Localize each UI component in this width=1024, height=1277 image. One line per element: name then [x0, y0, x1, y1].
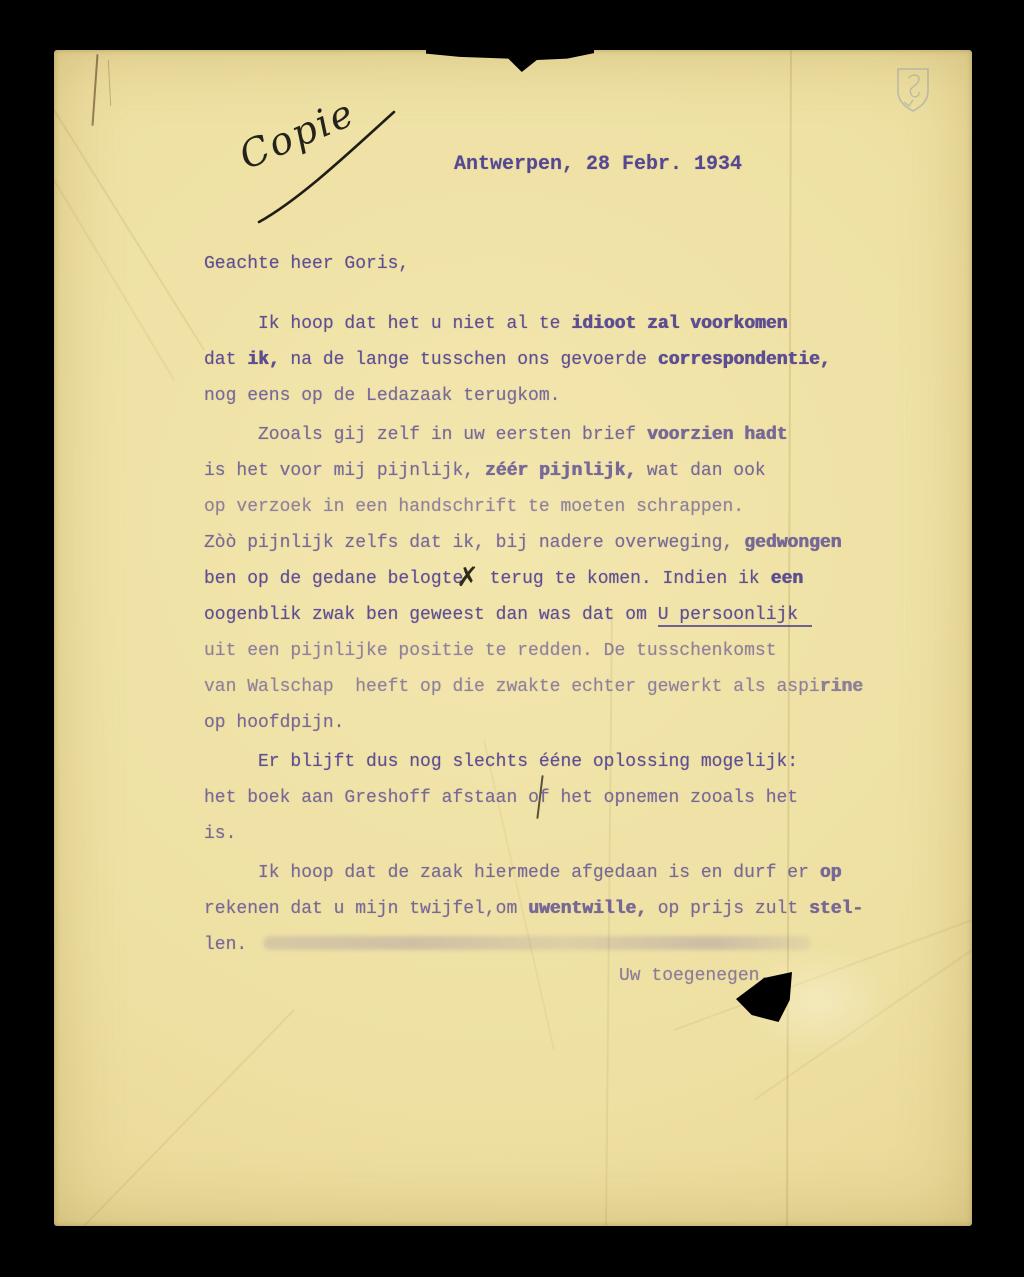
letter-line: Ik hoop dat de zaak hiermede afgedaan is…: [204, 855, 934, 891]
letter-text-segment: op verzoek in een handschrift te moeten …: [204, 497, 744, 517]
letter-line: uit een pijnlijke positie te redden. De …: [204, 633, 934, 669]
letter-text-segment: oogenblik zwak ben geweest dan was dat o…: [204, 605, 658, 625]
letter-paragraph: Zooals gij zelf in uw eersten brief voor…: [204, 417, 934, 741]
letter-text-segment: dat: [204, 350, 247, 370]
letter-text-segment: rine: [820, 677, 863, 697]
letter-line: van Walschap heeft op die zwakte echter …: [204, 669, 934, 705]
letter-line: Zòò pijnlijk zelfs dat ik, bij nadere ov…: [204, 525, 934, 561]
letter-line: Ik hoop dat het u niet al te idioot zal …: [204, 306, 934, 342]
letter-text-segment: idioot zal voorkomen: [571, 314, 787, 334]
letter-text-segment: het opnemen zooals het: [550, 788, 798, 808]
letter-text-segment: is het voor mij pijnlijk,: [204, 461, 485, 481]
letter-text-segment: zéér pijnlijk,: [485, 461, 636, 481]
letter-text-segment: stel-: [809, 899, 863, 919]
letter-line: het boek aan Greshoff afstaan of het opn…: [204, 780, 934, 816]
letter-text-segment: een: [771, 569, 803, 589]
letter-text-segment: Ik hoop dat het u niet al te: [204, 314, 571, 334]
letter-paragraph: Ik hoop dat het u niet al te idioot zal …: [204, 306, 934, 414]
letter-paper: Copie Antwerpen, 28 Febr. 1934 Geachte h…: [54, 50, 972, 1226]
letter-line: nog eens op de Ledazaak terugkom.: [204, 378, 934, 414]
handwritten-correction: of: [528, 788, 550, 808]
letter-line: Er blijft dus nog slechts ééne oplossing…: [204, 744, 934, 780]
letter-line: ben op de gedane belogte✗ terug te komen…: [204, 561, 934, 597]
letter-text-segment: op: [820, 863, 842, 883]
letter-text-segment: na de lange tusschen ons gevoerde: [280, 350, 658, 370]
letter-body: Ik hoop dat het u niet al te idioot zal …: [204, 306, 934, 994]
letter-text-segment: Ik hoop dat de zaak hiermede afgedaan is…: [204, 863, 820, 883]
letter-text-segment: van Walschap heeft op die zwakte echter …: [204, 677, 820, 697]
letter-text-segment: Zòò pijnlijk zelfs dat ik, bij nadere ov…: [204, 533, 744, 553]
letter-paragraph: Er blijft dus nog slechts ééne oplossing…: [204, 744, 934, 852]
letter-text-segment: ik,: [247, 350, 279, 370]
letter-text-segment: rekenen dat u mijn twijfel,om: [204, 899, 528, 919]
letter-text-segment: is.: [204, 824, 236, 844]
letter-text-segment: voorzien hadt: [647, 425, 787, 445]
letter-text-segment: len.: [204, 935, 247, 955]
letter-line: rekenen dat u mijn twijfel,om uwentwille…: [204, 891, 934, 927]
letter-text-segment: terug te komen. Indien ik: [479, 569, 771, 589]
letter-salutation: Geachte heer Goris,: [204, 254, 409, 274]
letter-line: is het voor mij pijnlijk, zéér pijnlijk,…: [204, 453, 934, 489]
copie-handwritten-annotation: Copie: [233, 90, 362, 178]
letter-text-segment: op hoofdpijn.: [204, 713, 344, 733]
paper-tear-notch: [426, 49, 594, 72]
letter-text-segment: wat dan ook: [636, 461, 766, 481]
letter-text-segment: correspondentie,: [658, 350, 831, 370]
ghost-text-smudge: [263, 936, 811, 950]
scan-background: { "scan": { "background_color": "#000000…: [0, 0, 1024, 1277]
letter-text-segment: uit een pijnlijke positie te redden. De …: [204, 641, 777, 661]
letter-line: dat ik, na de lange tusschen ons gevoerd…: [204, 342, 934, 378]
letter-text-segment: het boek aan Greshoff afstaan: [204, 788, 528, 808]
handwritten-strikeout-mark: ✗: [456, 562, 479, 593]
letter-line: op hoofdpijn.: [204, 705, 934, 741]
letter-line: op verzoek in een handschrift te moeten …: [204, 489, 934, 525]
letter-text-segment: gedwongen: [744, 533, 841, 553]
letter-line: Zooals gij zelf in uw eersten brief voor…: [204, 417, 934, 453]
shield-watermark-icon: [894, 66, 932, 114]
letter-text-segment: U persoonlijk: [658, 605, 812, 627]
letter-text-segment: ben op de gedane belogte: [204, 569, 463, 589]
letter-text-segment: op prijs zult: [647, 899, 809, 919]
letter-line: oogenblik zwak ben geweest dan was dat o…: [204, 597, 934, 633]
letter-line: is.: [204, 816, 934, 852]
letter-text-segment: uwentwille,: [528, 899, 647, 919]
letter-dateline: Antwerpen, 28 Febr. 1934: [454, 153, 742, 176]
letter-text-segment: Zooals gij zelf in uw eersten brief: [204, 425, 647, 445]
letter-text-segment: nog eens op de Ledazaak terugkom.: [204, 386, 560, 406]
paper-fiber-mark: [108, 60, 111, 106]
paper-fiber-mark: [91, 54, 98, 126]
letter-text-segment: Er blijft dus nog slechts ééne oplossing…: [204, 752, 798, 772]
